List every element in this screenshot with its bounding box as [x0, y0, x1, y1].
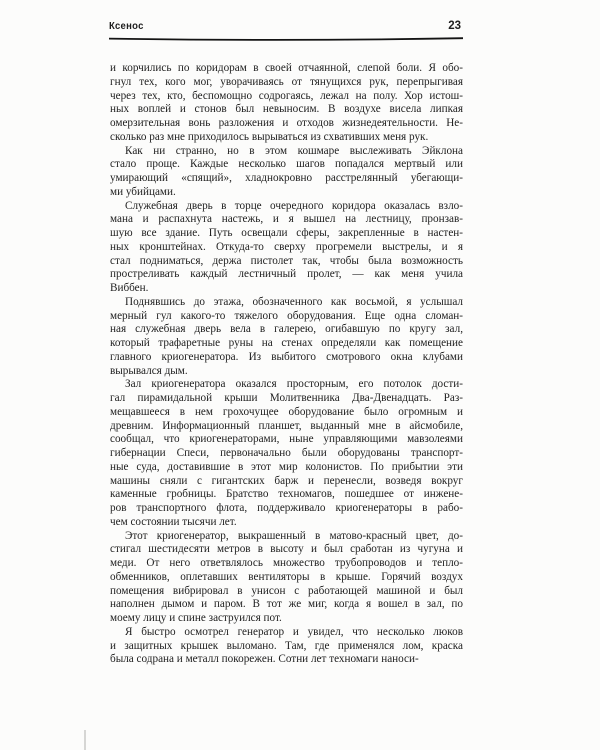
text-line: гибернации Спеси, первоначально были обо… [110, 447, 463, 461]
text-line: через тех, кто, беспомощно содрогаясь, л… [110, 90, 463, 104]
text-line: мещавшееся в нем грохочущее оборудование… [110, 406, 463, 420]
text-line: стигал шестидесяти метров в высоту и был… [110, 543, 463, 557]
text-line: Виббен. [110, 282, 463, 296]
text-line: ров транспортного флота, поддерживало кр… [110, 502, 463, 516]
text-line: и защитных крышек выломано. Там, где при… [110, 640, 463, 654]
text-line: моему лицу и спине заструился пот. [110, 612, 463, 626]
text-line: гнул тех, кого мог, уворачиваясь от тяну… [110, 76, 463, 90]
page-number: 23 [448, 20, 461, 32]
text-line: Зал криогенератора оказался просторным, … [110, 378, 463, 392]
text-line: наполнен дымом и паром. В тот же миг, ко… [110, 598, 463, 612]
text-line: гал пирамидальной крыши Молитвенника Два… [110, 392, 463, 406]
text-line: который трафаретные руны на стенах опред… [110, 337, 463, 351]
text-line: ных воплей и стонов был невыносим. В воз… [110, 103, 463, 117]
text-line: Поднявшись до этажа, обозначенного как в… [110, 296, 463, 310]
text-line: умирающий «спящий», хладнокровно расстре… [110, 172, 463, 186]
text-line: стал подниматься, держа пистолет так, чт… [110, 255, 463, 269]
text-line: Как ни странно, но в этом кошмаре выслеж… [110, 145, 463, 159]
text-line: ных кронштейнах. Откуда-то сверху прогре… [110, 241, 463, 255]
text-line: и корчились по коридорам в своей отчаянн… [110, 62, 463, 76]
text-block: и корчились по коридорам в своей отчаянн… [110, 62, 463, 667]
running-title: Ксенос [109, 21, 144, 32]
text-line: сообщал, что криогенераторами, ныне упра… [110, 433, 463, 447]
text-line: была содрана и металл покорежен. Сотни л… [110, 653, 463, 667]
text-line: главного криогенератора. Из выбитого смо… [110, 351, 463, 365]
text-line: мерный гул какого-то тяжелого оборудован… [110, 310, 463, 324]
text-line: помещения вибрировал в унисон с работающ… [110, 585, 463, 599]
text-line: Я быстро осмотрел генератор и увидел, чт… [110, 626, 463, 640]
text-line: каменные гробницы. Братство техномагов, … [110, 488, 463, 502]
text-line: вырывался дым. [110, 365, 463, 379]
text-line: простреливать каждый лестничный пролет, … [110, 268, 463, 282]
text-line: омерзительная вонь разложения и отходов … [110, 117, 463, 131]
text-line: машины сняли с гигантских барж и перенес… [110, 475, 463, 489]
book-page: Ксенос 23 и корчились по коридорам в сво… [0, 0, 600, 750]
header-rule [109, 37, 463, 43]
text-line: стало проще. Каждые несколько шагов попа… [110, 158, 463, 172]
page-edge-shadow [84, 730, 86, 750]
text-line: шую все здание. Путь освещали сферы, зак… [110, 227, 463, 241]
text-line: обменников, оплетавших вентиляторы в кры… [110, 571, 463, 585]
text-line: древним. Информационный планшет, выданны… [110, 420, 463, 434]
text-line: мана и распахнута настежь, и я вышел на … [110, 213, 463, 227]
text-line: ная служебная дверь вела в галерею, огиб… [110, 323, 463, 337]
text-line: чем состоянии тысячи лет. [110, 516, 463, 530]
text-line: ми убийцами. [110, 186, 463, 200]
text-line: ные суда, доставившие в этот мир колонис… [110, 461, 463, 475]
text-line: сколько раз мне приходилось вырываться и… [110, 131, 463, 145]
text-line: Этот криогенератор, выкрашенный в матово… [110, 530, 463, 544]
text-line: Служебная дверь в торце очередного корид… [110, 200, 463, 214]
text-line: меди. От него ответвлялось множество тру… [110, 557, 463, 571]
